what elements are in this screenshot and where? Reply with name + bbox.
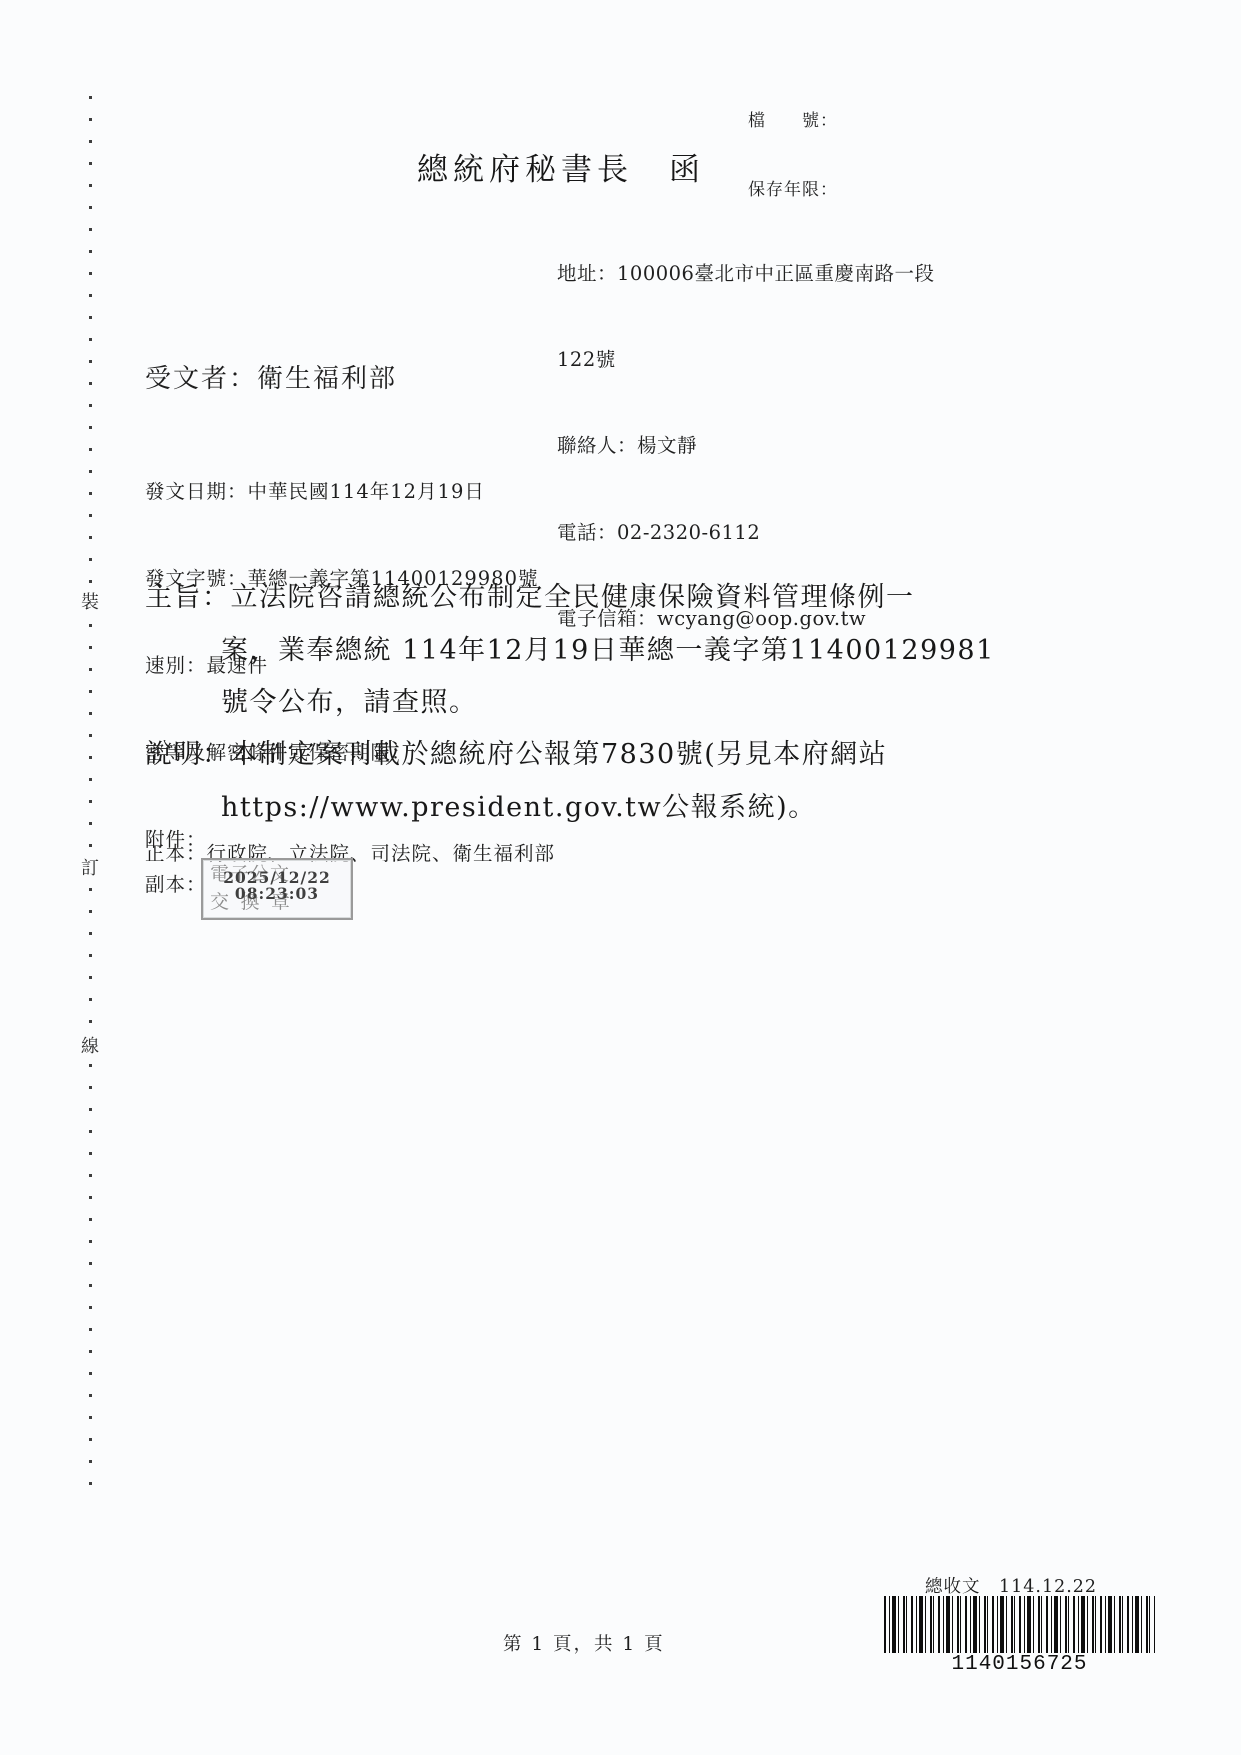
- sender-address-line1: 地址：100006臺北市中正區重慶南路一段: [557, 260, 934, 289]
- archive-label-block: 檔 號： 保存年限：: [748, 64, 838, 225]
- file-number-label: 檔 號：: [748, 110, 838, 133]
- recipient-line: 受文者：衛生福利部: [145, 358, 397, 395]
- page-footer: 第 1 頁，共 1 頁: [503, 1630, 665, 1656]
- subject-line-2: 案，業奉總統 114年12月19日華總一義字第11400129981: [221, 628, 995, 667]
- receipt-label: 總收文 114.12.22: [925, 1573, 1097, 1598]
- sender-phone-line: 電話：02-2320-6112: [557, 519, 934, 548]
- description-line-2: https://www.president.gov.tw公報系統)。: [221, 785, 817, 824]
- binding-mark-ding: 訂: [79, 849, 101, 885]
- subject-line-1: 主旨：立法院咨請總統公布制定全民健康保險資料管理條例一: [145, 575, 915, 614]
- barcode-number: 1140156725: [884, 1653, 1155, 1676]
- binding-dotted-line: [89, 96, 92, 1492]
- meta-date-line: 發文日期：中華民國114年12月19日: [145, 477, 538, 506]
- electronic-exchange-stamp: 電子公文 交 換 章 2025/12/22 08:23:03: [201, 858, 353, 920]
- binding-mark-xian: 線: [79, 1027, 101, 1063]
- stamp-time: 08:23:03: [203, 884, 351, 903]
- description-line-1: 說明：本制定案刊載於總統府公報第7830號(另見本府網站: [145, 732, 887, 771]
- subject-line-3: 號令公布，請查照。: [221, 680, 478, 719]
- doc-title: 總統府秘書長 函: [417, 144, 705, 189]
- receipt-barcode: [884, 1596, 1155, 1653]
- sender-address-line2: 122號: [557, 346, 934, 375]
- cc-copy-label: 副本：: [145, 869, 207, 897]
- binding-mark-zhuang: 裝: [79, 583, 101, 619]
- sender-contact-line: 聯絡人：楊文靜: [557, 432, 934, 461]
- retention-period-label: 保存年限：: [748, 179, 838, 202]
